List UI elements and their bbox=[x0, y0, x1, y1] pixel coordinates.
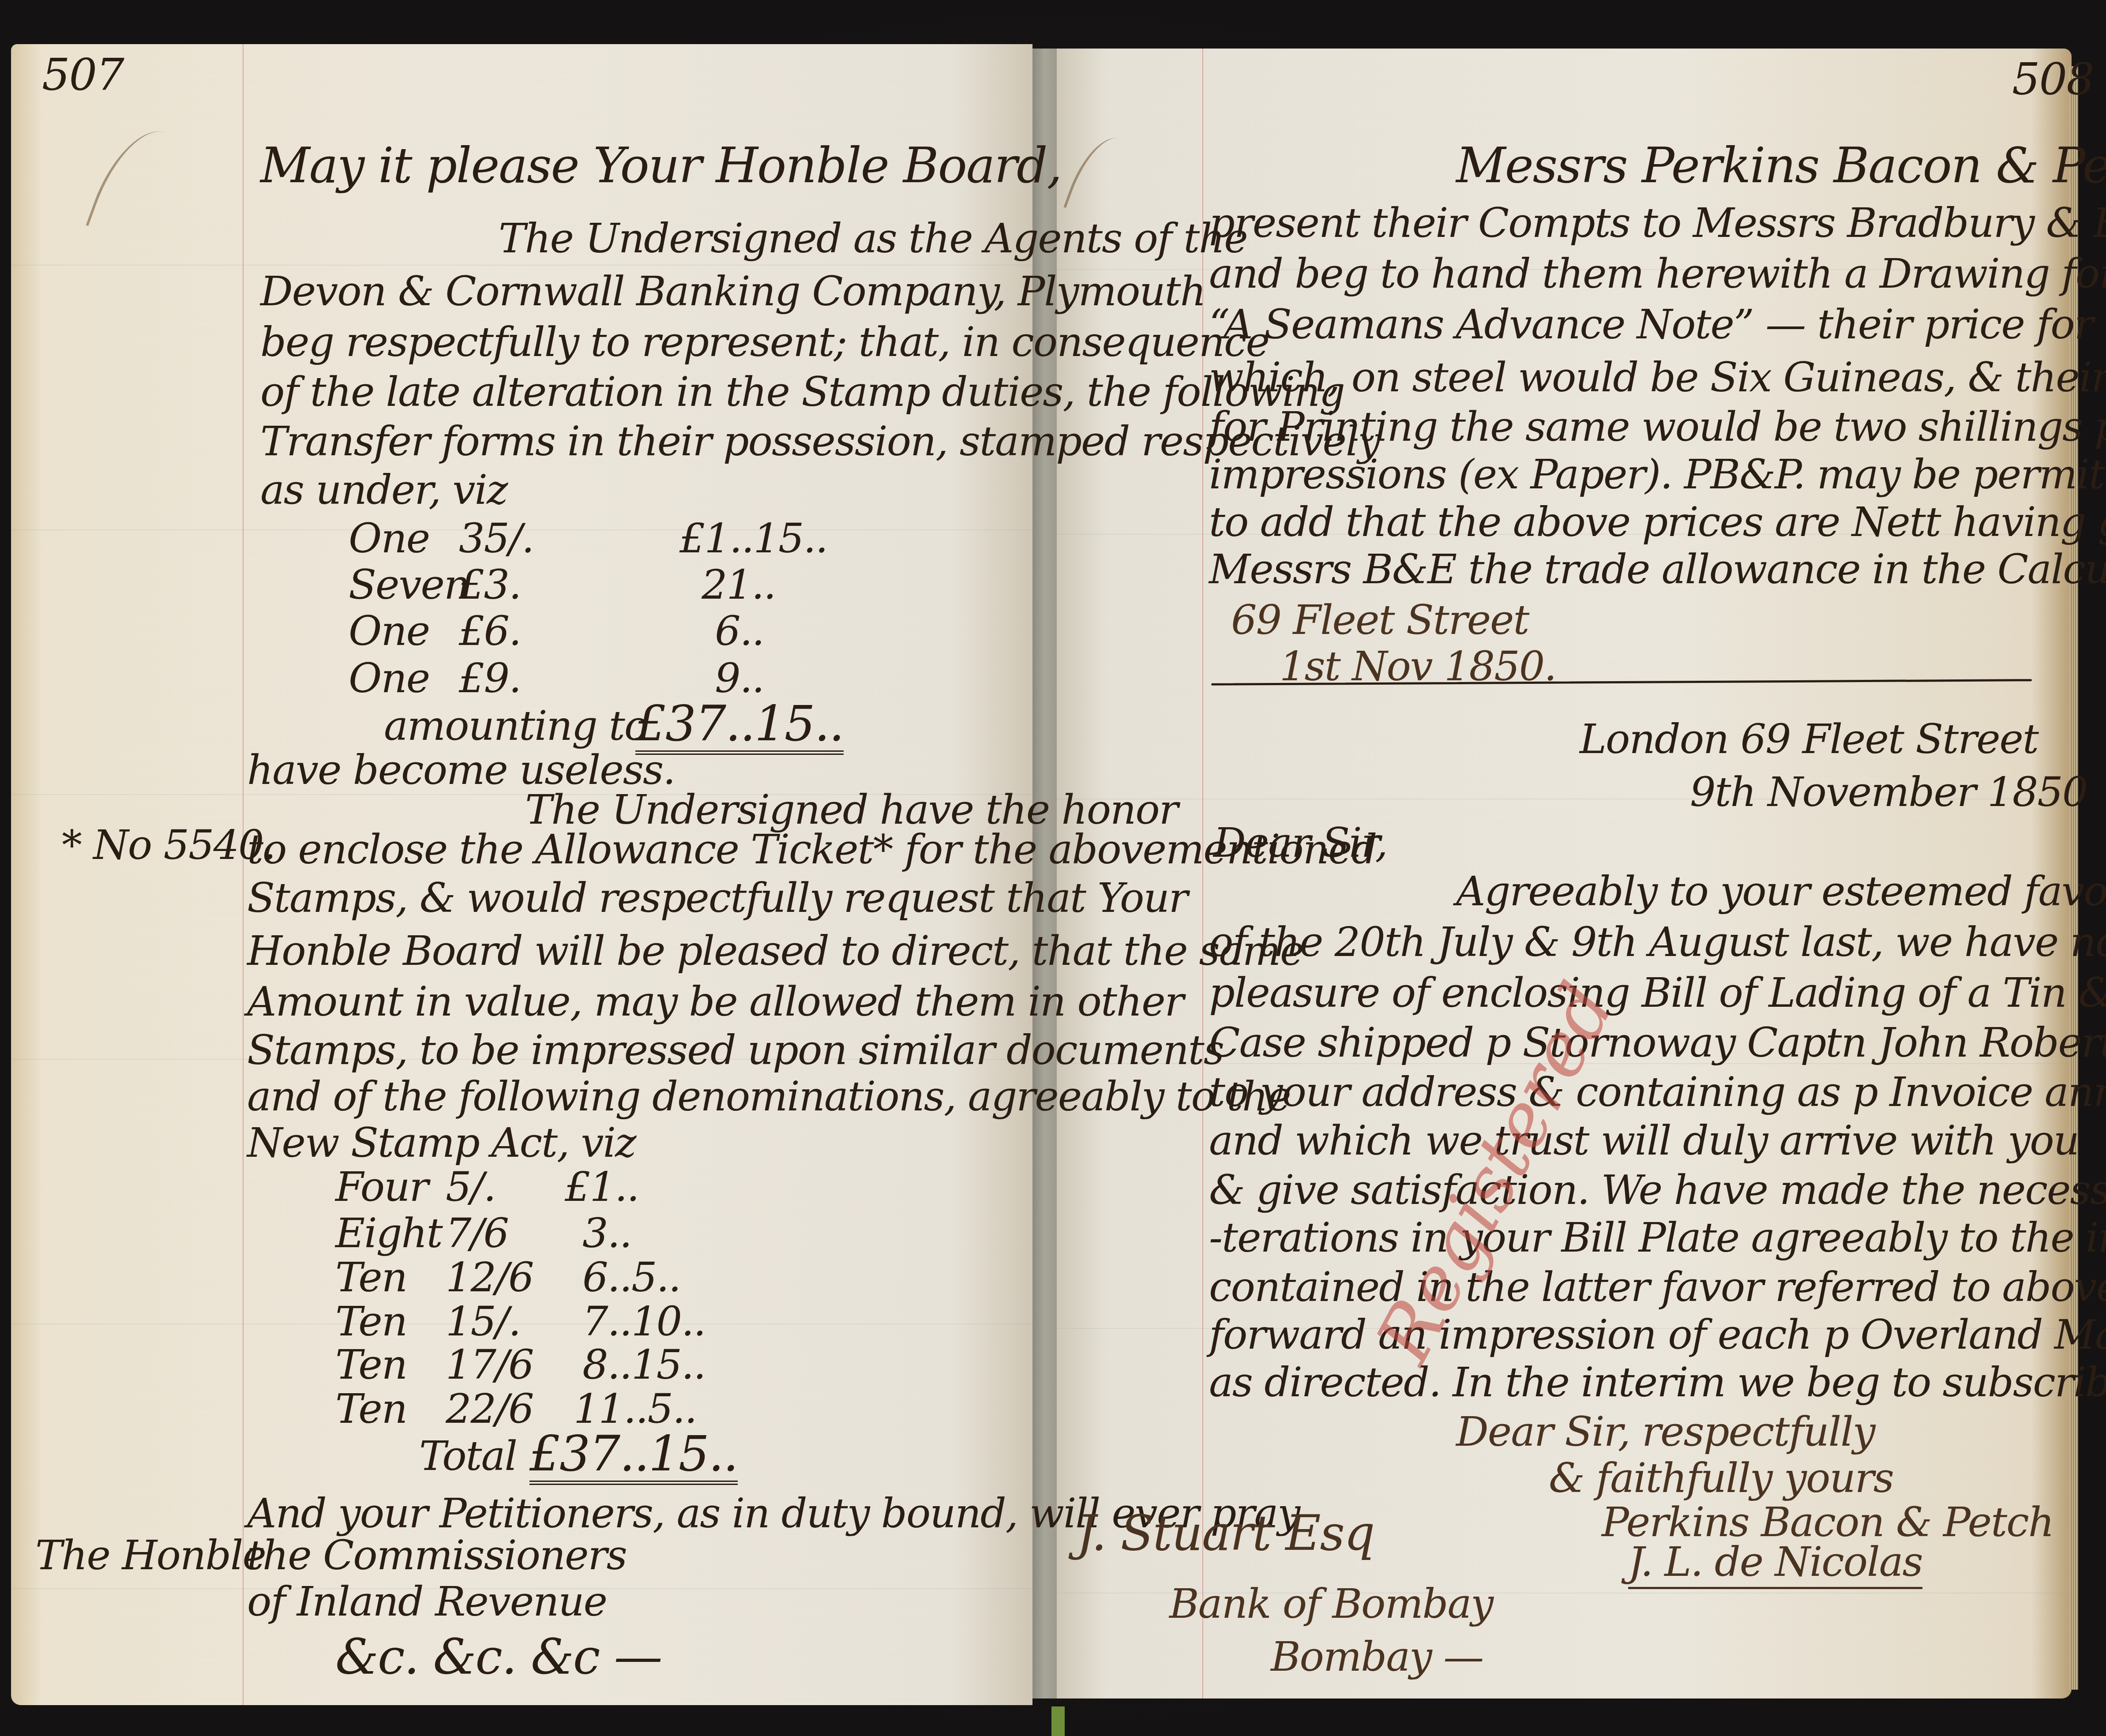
amount: 6..5.. bbox=[582, 1257, 680, 1298]
qty: One bbox=[349, 658, 429, 699]
page-number-left: 507 bbox=[42, 53, 124, 97]
letter1-date: 1st Nov 1850. bbox=[1280, 646, 1556, 687]
paragraph-line: The Undersigned as the Agents of the bbox=[499, 218, 1247, 259]
qty: Seven bbox=[349, 565, 469, 605]
paragraph-line: and of the following denominations, agre… bbox=[247, 1076, 1291, 1117]
qty: Ten bbox=[335, 1389, 407, 1429]
page-number-right: 508 bbox=[2012, 57, 2094, 101]
paragraph-line: Amount in value, may be allowed them in … bbox=[247, 982, 1183, 1022]
letter1-line: and beg to hand them herewith a Drawing … bbox=[1209, 254, 2106, 294]
amount: £1..15.. bbox=[679, 518, 827, 559]
salutation: May it please Your Honble Board, bbox=[260, 141, 1061, 190]
qty: Ten bbox=[335, 1257, 407, 1298]
letter2-line: to your address & containing as p Invoic… bbox=[1209, 1072, 2106, 1113]
recipient-name: J. Stuart Esq bbox=[1077, 1509, 1374, 1557]
letter1-line: impressions (ex Paper). PB&P. may be per… bbox=[1209, 454, 2106, 495]
paragraph-line: of the late alteration in the Stamp duti… bbox=[260, 372, 1344, 412]
paragraph-line: have become useless. bbox=[247, 750, 675, 791]
letter2-line: of the 20th July & 9th August last, we h… bbox=[1209, 922, 2106, 963]
ruled-line bbox=[11, 1324, 1032, 1324]
duty: 17/6 bbox=[446, 1345, 533, 1385]
signature-firm: Perkins Bacon & Petch bbox=[1602, 1502, 2053, 1543]
duty: 35/. bbox=[459, 518, 533, 559]
duty: 12/6 bbox=[446, 1257, 533, 1298]
bookmark-ribbon bbox=[1051, 1706, 1065, 1736]
paragraph-line: as under, viz bbox=[260, 470, 507, 510]
margin-note: * No 5540. bbox=[62, 825, 275, 866]
recipient-bank: Bank of Bombay bbox=[1169, 1584, 1493, 1624]
duty: £6. bbox=[459, 611, 521, 652]
qty: One bbox=[349, 518, 429, 559]
letter2-line: and which we trust will duly arrive with… bbox=[1209, 1121, 2079, 1161]
complimentary-close: & faithfully yours bbox=[1549, 1458, 1893, 1499]
duty: 7/6 bbox=[446, 1213, 508, 1254]
letter2-salutation: Dear Sir, bbox=[1213, 823, 1387, 863]
duty: 22/6 bbox=[446, 1389, 533, 1429]
paragraph-line: The Undersigned have the honor bbox=[525, 790, 1178, 830]
signature-person: J. L. de Nicolas bbox=[1628, 1542, 1922, 1589]
letter1-line: to add that the above prices are Nett ha… bbox=[1209, 502, 2106, 543]
letter1-address: 69 Fleet Street bbox=[1231, 600, 1529, 641]
paragraph-line: New Stamp Act, viz bbox=[247, 1123, 635, 1163]
total-label: Total bbox=[419, 1436, 517, 1477]
paragraph-line: Honble Board will be pleased to direct, … bbox=[247, 931, 1303, 971]
paragraph-line: Devon & Cornwall Banking Company, Plymou… bbox=[260, 271, 1205, 312]
letter2-line: & give satisfaction. We have made the ne… bbox=[1209, 1170, 2106, 1211]
amount: 9.. bbox=[715, 658, 764, 699]
letter2-line: as directed. In the interim we beg to su… bbox=[1209, 1362, 2106, 1403]
qty: Eight bbox=[335, 1213, 442, 1254]
amount: 11..5.. bbox=[574, 1389, 697, 1429]
amount: 6.. bbox=[715, 611, 764, 652]
qty: One bbox=[349, 611, 429, 652]
letter2-date: 9th November 1850 bbox=[1690, 772, 2087, 813]
letter2-place: London 69 Fleet Street bbox=[1580, 719, 2038, 760]
letter2-line: pleasure of enclosing Bill of Lading of … bbox=[1209, 973, 2106, 1013]
paragraph-line: beg respectfully to represent; that, in … bbox=[260, 322, 1269, 363]
paragraph-line: Stamps, & would respectfully request tha… bbox=[247, 878, 1187, 919]
amount: 21.. bbox=[702, 565, 776, 605]
duty: 15/. bbox=[446, 1301, 520, 1342]
letter2-line: Agreeably to your esteemed favors bbox=[1456, 871, 2106, 912]
letter2-line: forward an impression of each p Overland… bbox=[1209, 1315, 2106, 1355]
addressee-margin: The Honble bbox=[35, 1535, 266, 1576]
total-value: £37..15.. bbox=[529, 1429, 738, 1485]
letter2-line: -terations in your Bill Plate agreeably … bbox=[1209, 1218, 2106, 1258]
addressee-line: &c. &c. &c — bbox=[335, 1632, 661, 1681]
letter1-line: “A Seamans Advance Note” — their price f… bbox=[1209, 304, 2106, 345]
paragraph-line: Stamps, to be impressed upon similar doc… bbox=[247, 1030, 1224, 1071]
addressee-line: of Inland Revenue bbox=[247, 1582, 607, 1622]
left-margin-rule bbox=[243, 44, 244, 1705]
amount: 8..15.. bbox=[582, 1345, 706, 1385]
qty: Ten bbox=[335, 1345, 407, 1385]
qty: Ten bbox=[335, 1301, 407, 1342]
letter1-line: for Printing the same would be two shill… bbox=[1209, 407, 2106, 447]
total-label: amounting to bbox=[384, 706, 648, 746]
addressee-line: the Commissioners bbox=[247, 1535, 627, 1576]
recipient-city: Bombay — bbox=[1271, 1637, 1483, 1677]
letter1-heading: Messrs Perkins Bacon & Petch bbox=[1456, 141, 2106, 190]
letter2-line: Case shipped p Stornoway Captn John Robe… bbox=[1209, 1023, 2106, 1063]
letter1-line: Messrs B&E the trade allowance in the Ca… bbox=[1209, 549, 2106, 590]
ruled-line bbox=[11, 265, 1032, 266]
letter1-line: present their Compts to Messrs Bradbury … bbox=[1209, 203, 2106, 244]
letter2-line: contained in the latter favor referred t… bbox=[1209, 1267, 2106, 1308]
complimentary-close: Dear Sir, respectfully bbox=[1456, 1412, 1875, 1452]
duty: £3. bbox=[459, 565, 521, 605]
qty: Four bbox=[335, 1167, 428, 1207]
amount: 3.. bbox=[582, 1213, 631, 1254]
letter1-line: which, on steel would be Six Guineas, & … bbox=[1209, 357, 2106, 398]
paragraph-line: to enclose the Allowance Ticket* for the… bbox=[247, 829, 1376, 870]
duty: £9. bbox=[459, 658, 521, 699]
amount: £1.. bbox=[565, 1167, 639, 1207]
amount: 7..10.. bbox=[582, 1301, 706, 1342]
duty: 5/. bbox=[446, 1167, 496, 1207]
